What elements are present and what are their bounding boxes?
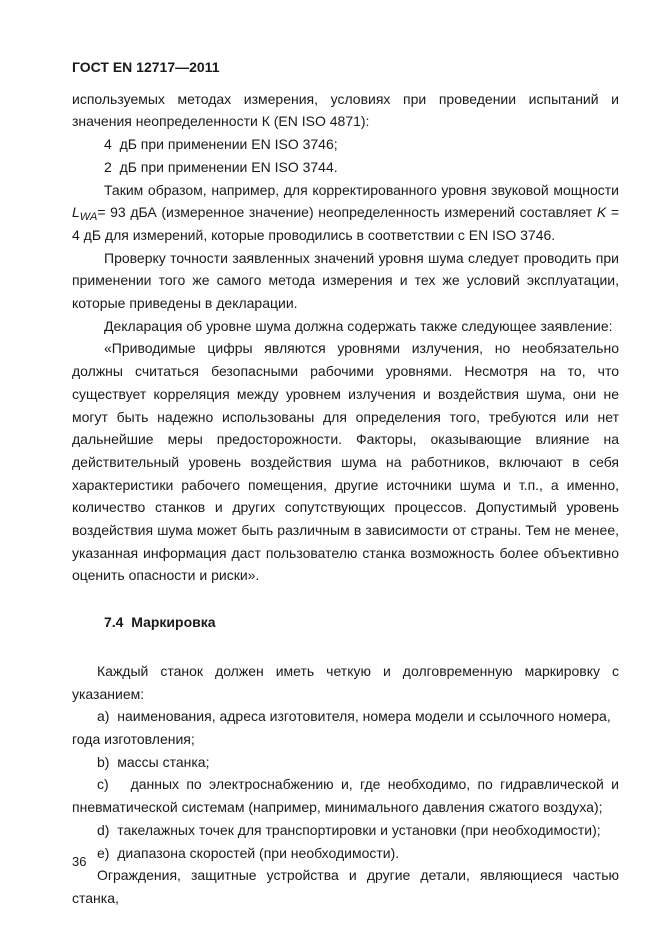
paragraph-guards: Ограждения, защитные устройства и другие… bbox=[72, 864, 619, 909]
lwa-subscript: WA bbox=[80, 211, 98, 223]
paragraph-lwa-mid: = 93 дБА (измеренное значение) неопредел… bbox=[97, 204, 597, 220]
marking-item-c: c) данных по электроснабжению и, где нео… bbox=[72, 773, 619, 818]
paragraph-declaration: Декларация об уровне шума должна содержа… bbox=[72, 315, 619, 338]
document-page: ГОСТ EN 12717—2011 используемых методах … bbox=[0, 0, 661, 936]
marking-item-e: e) диапазона скоростей (при необходимост… bbox=[72, 842, 619, 865]
page-header: ГОСТ EN 12717—2011 bbox=[72, 56, 619, 79]
paragraph-marking-intro: Каждый станок должен иметь четкую и долг… bbox=[72, 660, 619, 705]
paragraph-lwa-pre: Таким образом, например, для корректиров… bbox=[104, 182, 619, 198]
noise-item-3744: 2 дБ при применении EN ISO 3744. bbox=[72, 156, 619, 179]
marking-item-b: b) массы станка; bbox=[72, 751, 619, 774]
paragraph-verification: Проверку точности заявленных значений ур… bbox=[72, 247, 619, 315]
marking-item-a-line2: года изготовления; bbox=[72, 731, 195, 747]
marking-item-a: a) наименования, адреса изготовителя, но… bbox=[72, 705, 619, 750]
lwa-symbol: L bbox=[72, 204, 80, 220]
paragraph-quote: «Приводимые цифры являются уровнями излу… bbox=[72, 337, 619, 587]
marking-item-d: d) такелажных точек для транспортировки … bbox=[72, 819, 619, 842]
page-number: 36 bbox=[72, 851, 86, 874]
k-symbol: K bbox=[597, 204, 606, 220]
paragraph-lwa: Таким образом, например, для корректиров… bbox=[72, 179, 619, 247]
noise-item-3746: 4 дБ при применении EN ISO 3746; bbox=[72, 133, 619, 156]
marking-item-a-line1: a) наименования, адреса изготовителя, но… bbox=[97, 708, 611, 724]
section-heading-7-4-marking: 7.4 Маркировка bbox=[72, 611, 619, 634]
paragraph-intro: используемых методах измерения, условиях… bbox=[72, 88, 619, 133]
